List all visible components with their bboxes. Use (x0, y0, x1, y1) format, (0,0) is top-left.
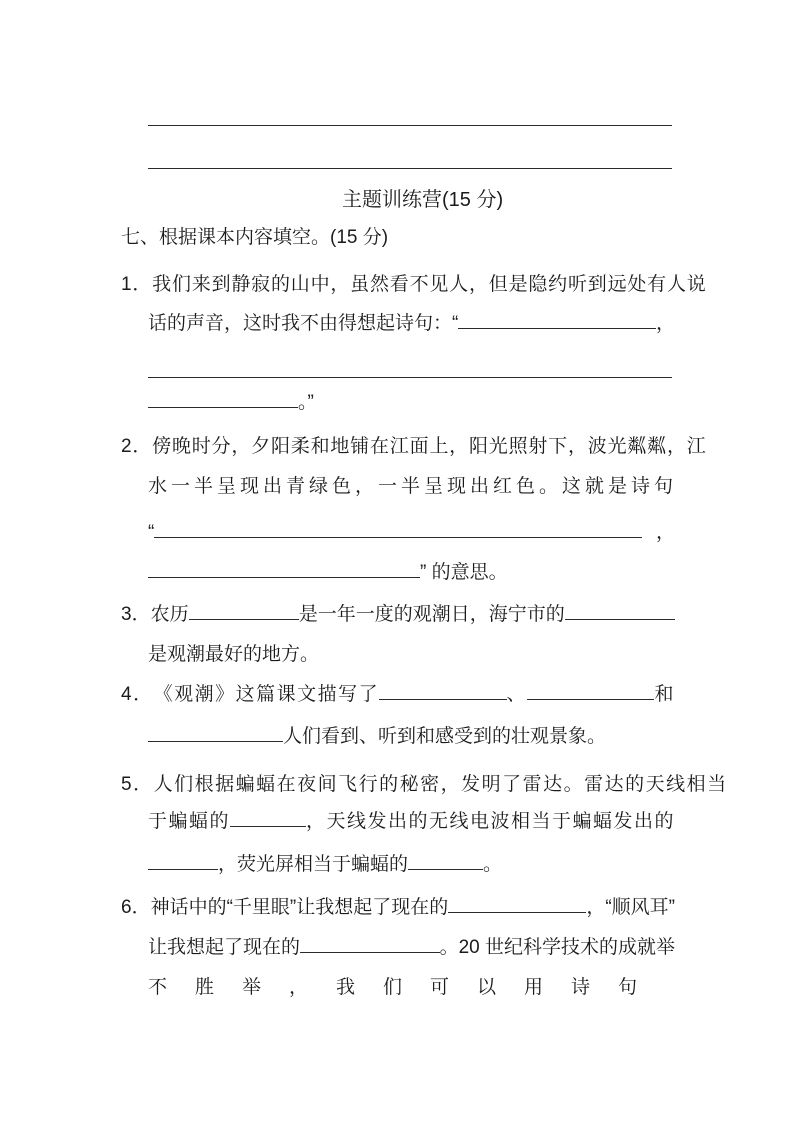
question-4-text: 、 (507, 682, 528, 708)
section-heading-text: 七、根据课本内容填空。(15 分) (121, 225, 388, 251)
question-3-line-1: 3． 农历 是一年一度的观潮日，海宁市的 (121, 602, 675, 628)
answer-blank (300, 952, 440, 953)
question-3-text: 农历 (151, 602, 189, 628)
section-heading: 七、根据课本内容填空。(15 分) (121, 225, 675, 251)
answer-blank-line (148, 168, 672, 169)
question-2-text: “ (148, 520, 154, 546)
question-5-text: ，天线发出的无线电波相当于蝙蝠发出的 (306, 809, 675, 835)
answer-blank (379, 699, 506, 700)
question-4-number: 4． (121, 682, 154, 708)
question-5-line-2: 于蝙蝠的 ，天线发出的无线电波相当于蝙蝠发出的 (148, 809, 675, 835)
question-2-number: 2． (121, 434, 152, 460)
answer-blank (565, 619, 675, 620)
answer-blank (189, 619, 299, 620)
question-2-text: 水一半呈现出青绿色，一半呈现出红色。这就是诗句 (148, 474, 677, 500)
question-5-text: 。 (483, 852, 502, 878)
question-5-text: ，荧光屏相当于蝙蝠的 (218, 852, 408, 878)
question-5-text: 于蝙蝠的 (148, 809, 230, 835)
question-3-line-2: 是观潮最好的地方。 (148, 642, 675, 668)
answer-blank (448, 912, 586, 913)
answer-blank (148, 407, 298, 408)
question-4-line-2: 人们看到、听到和感受到的壮观景象。 (148, 724, 675, 750)
question-3-number: 3． (121, 602, 151, 628)
question-1-text: 。” (298, 390, 314, 416)
question-1-line-4: 。” (148, 390, 675, 416)
answer-blank-line (148, 125, 672, 126)
answer-blank (154, 537, 642, 538)
question-3-text: 是一年一度的观潮日，海宁市的 (299, 602, 565, 628)
question-1-text: ， (656, 311, 675, 337)
question-4-text: 和 (654, 682, 675, 708)
answer-blank-line (148, 377, 672, 378)
question-6-line-3: 不胜举，我们可以用诗句 (148, 975, 675, 1001)
question-2-line-1: 2． 傍晚时分，夕阳柔和地铺在江面上，阳光照射下，波光粼粼，江 (121, 434, 675, 460)
answer-blank (148, 741, 283, 742)
question-5-line-3: ，荧光屏相当于蝙蝠的 。 (148, 852, 675, 878)
question-6-number: 6． (121, 895, 151, 921)
question-1-line-2: 话的声音，这时我不由得想起诗句：“ ， (148, 311, 675, 337)
question-1-line-1: 1． 我们来到静寂的山中，虽然看不见人，但是隐约听到远处有人说 (121, 272, 675, 298)
answer-blank (148, 869, 218, 870)
section-title: 主题训练营(15 分) (342, 187, 503, 213)
section-title-text: 主题训练营(15 分) (342, 187, 503, 213)
answer-blank (230, 826, 306, 827)
question-5-line-1: 5． 人们根据蝙蝠在夜间飞行的秘密，发明了雷达。雷达的天线相当 (121, 772, 675, 798)
question-5-number: 5． (121, 772, 154, 798)
answer-blank (458, 328, 656, 329)
question-6-text: 不胜举，我们可以用诗句 (148, 975, 665, 1001)
answer-blank (527, 699, 654, 700)
worksheet-page: 主题训练营(15 分) 七、根据课本内容填空。(15 分) 1． 我们来到静寂的… (0, 0, 793, 1122)
question-4-line-1: 4． 《观潮》这篇课文描写了 、 和 (121, 682, 675, 708)
question-4-text: 人们看到、听到和感受到的壮观景象。 (283, 724, 606, 750)
question-6-text: ，“顺风耳” (586, 895, 675, 921)
question-6-text: 让我想起了现在的 (148, 935, 300, 961)
question-3-text: 是观潮最好的地方。 (148, 642, 319, 668)
question-1-text: 话的声音，这时我不由得想起诗句：“ (148, 311, 458, 337)
question-2-line-4: ” 的意思。 (148, 560, 675, 586)
question-1-number: 1． (121, 272, 152, 298)
question-2-text: 傍晚时分，夕阳柔和地铺在江面上，阳光照射下，波光粼粼，江 (152, 434, 706, 460)
question-5-text: 人们根据蝙蝠在夜间飞行的秘密，发明了雷达。雷达的天线相当 (154, 772, 728, 798)
question-6-line-2: 让我想起了现在的 。20 世纪科学技术的成就举 (148, 935, 675, 961)
question-4-text: 《观潮》这篇课文描写了 (154, 682, 380, 708)
question-6-line-1: 6． 神话中的“千里眼”让我想起了现在的 ，“顺风耳” (121, 895, 675, 921)
question-6-text: 。20 世纪科学技术的成就举 (440, 935, 675, 961)
question-2-line-3: “ ， (148, 520, 675, 546)
question-2-text: ， (656, 520, 675, 546)
answer-blank (408, 869, 483, 870)
question-1-text: 我们来到静寂的山中，虽然看不见人，但是隐约听到远处有人说 (152, 272, 706, 298)
question-2-line-2: 水一半呈现出青绿色，一半呈现出红色。这就是诗句 (148, 474, 675, 500)
question-6-text: 神话中的“千里眼”让我想起了现在的 (151, 895, 449, 921)
question-2-text: ” 的意思。 (420, 560, 508, 586)
answer-blank (148, 577, 420, 578)
